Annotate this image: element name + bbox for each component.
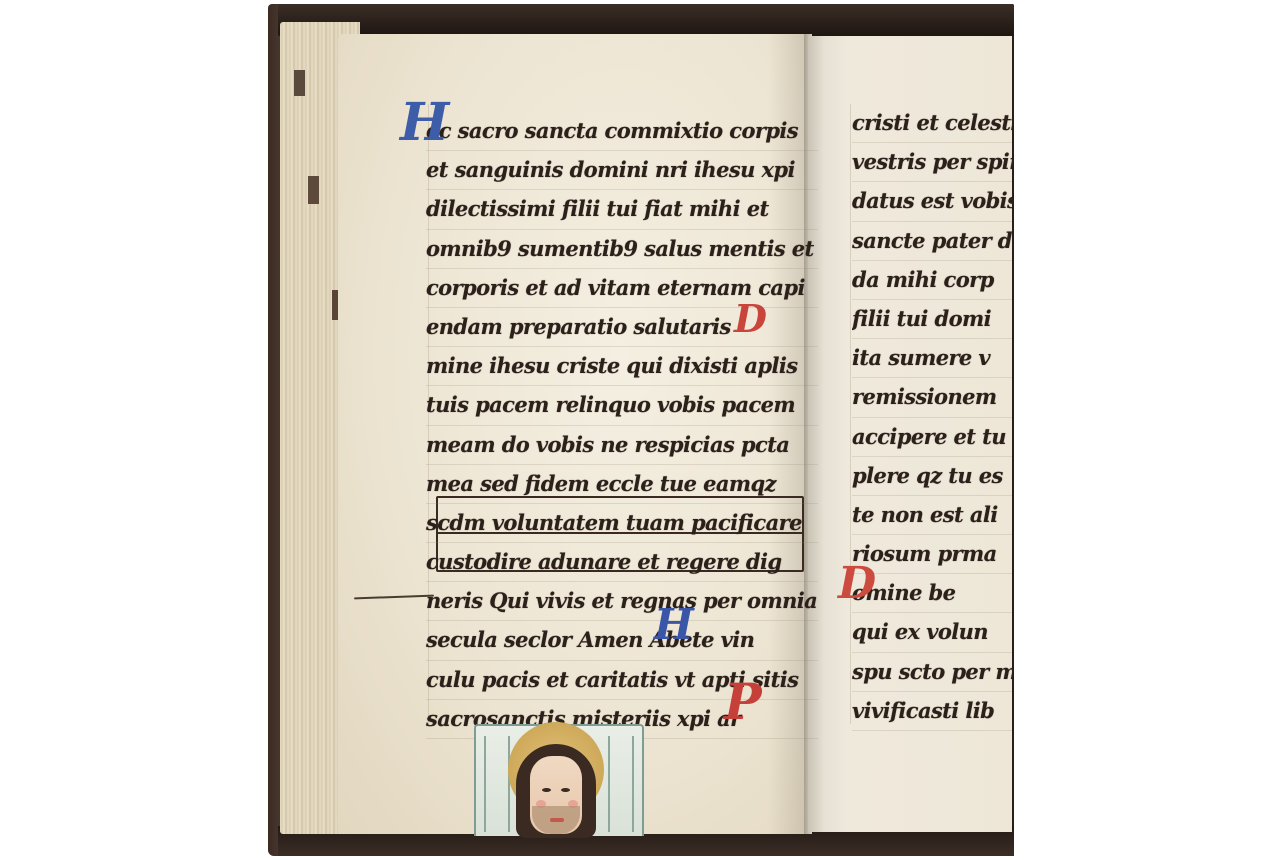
red-initial-d-right: D <box>838 558 876 609</box>
text-line: secula seclor Amen Abete vin <box>426 621 818 660</box>
text-line: dilectissimi filii tui fiat mihi et <box>426 190 818 229</box>
right-page-text: cristi et celesti vestris per spiri datu… <box>852 104 1012 731</box>
binding-top-edge <box>278 4 1014 36</box>
text-line: custodire adunare et regere dig <box>426 543 818 582</box>
cheek <box>568 800 578 808</box>
text-line: cristi et celesti <box>852 104 1012 143</box>
text-line: qui ex volun <box>852 613 1012 652</box>
text-line: vestris per spiri <box>852 143 1012 182</box>
blue-initial-h-habete: H <box>654 600 694 649</box>
text-line: remissionem <box>852 378 1012 417</box>
text-line: mea sed fidem eccle tue eamqz <box>426 465 818 504</box>
cheek <box>536 800 546 808</box>
text-line: omnib9 sumentib9 salus mentis et <box>426 230 818 269</box>
mouth <box>550 818 564 822</box>
text-line: plere qz tu es <box>852 457 1012 496</box>
text-line: accipere et tu <box>852 418 1012 457</box>
red-initial-d: D <box>734 296 767 341</box>
text-line: scdm voluntatem tuam pacificare <box>426 504 818 543</box>
text-line: neris Qui vivis et regnas per omnia <box>426 582 818 621</box>
text-line: vivificasti lib <box>852 692 1012 731</box>
text-line: ec sacro sancta commixtio corpis <box>426 112 818 151</box>
text-line: datus est vobis <box>852 182 1012 221</box>
page-tab <box>294 70 305 96</box>
blue-initial-h: H <box>400 92 449 153</box>
red-initial-p: P <box>724 672 762 731</box>
text-line: da mihi corp <box>852 261 1012 300</box>
page-tab <box>308 176 319 204</box>
text-line: tuis pacem relinquo vobis pacem <box>426 386 818 425</box>
text-line: filii tui domi <box>852 300 1012 339</box>
text-line: meam do vobis ne respicias pcta <box>426 426 818 465</box>
veronica-veil-illustration <box>474 722 640 834</box>
eye <box>561 788 570 792</box>
text-line: ita sumere v <box>852 339 1012 378</box>
eye <box>542 788 551 792</box>
text-line: mine ihesu criste qui dixisti aplis <box>426 347 818 386</box>
manuscript-book: ec sacro sancta commixtio corpis et sang… <box>268 4 1014 856</box>
text-line: spu scto per m <box>852 653 1012 692</box>
text-line: te non est ali <box>852 496 1012 535</box>
text-line: sancte pater d <box>852 222 1012 261</box>
left-page-text: ec sacro sancta commixtio corpis et sang… <box>426 112 818 739</box>
text-line: et sanguinis domini nri ihesu xpi <box>426 151 818 190</box>
